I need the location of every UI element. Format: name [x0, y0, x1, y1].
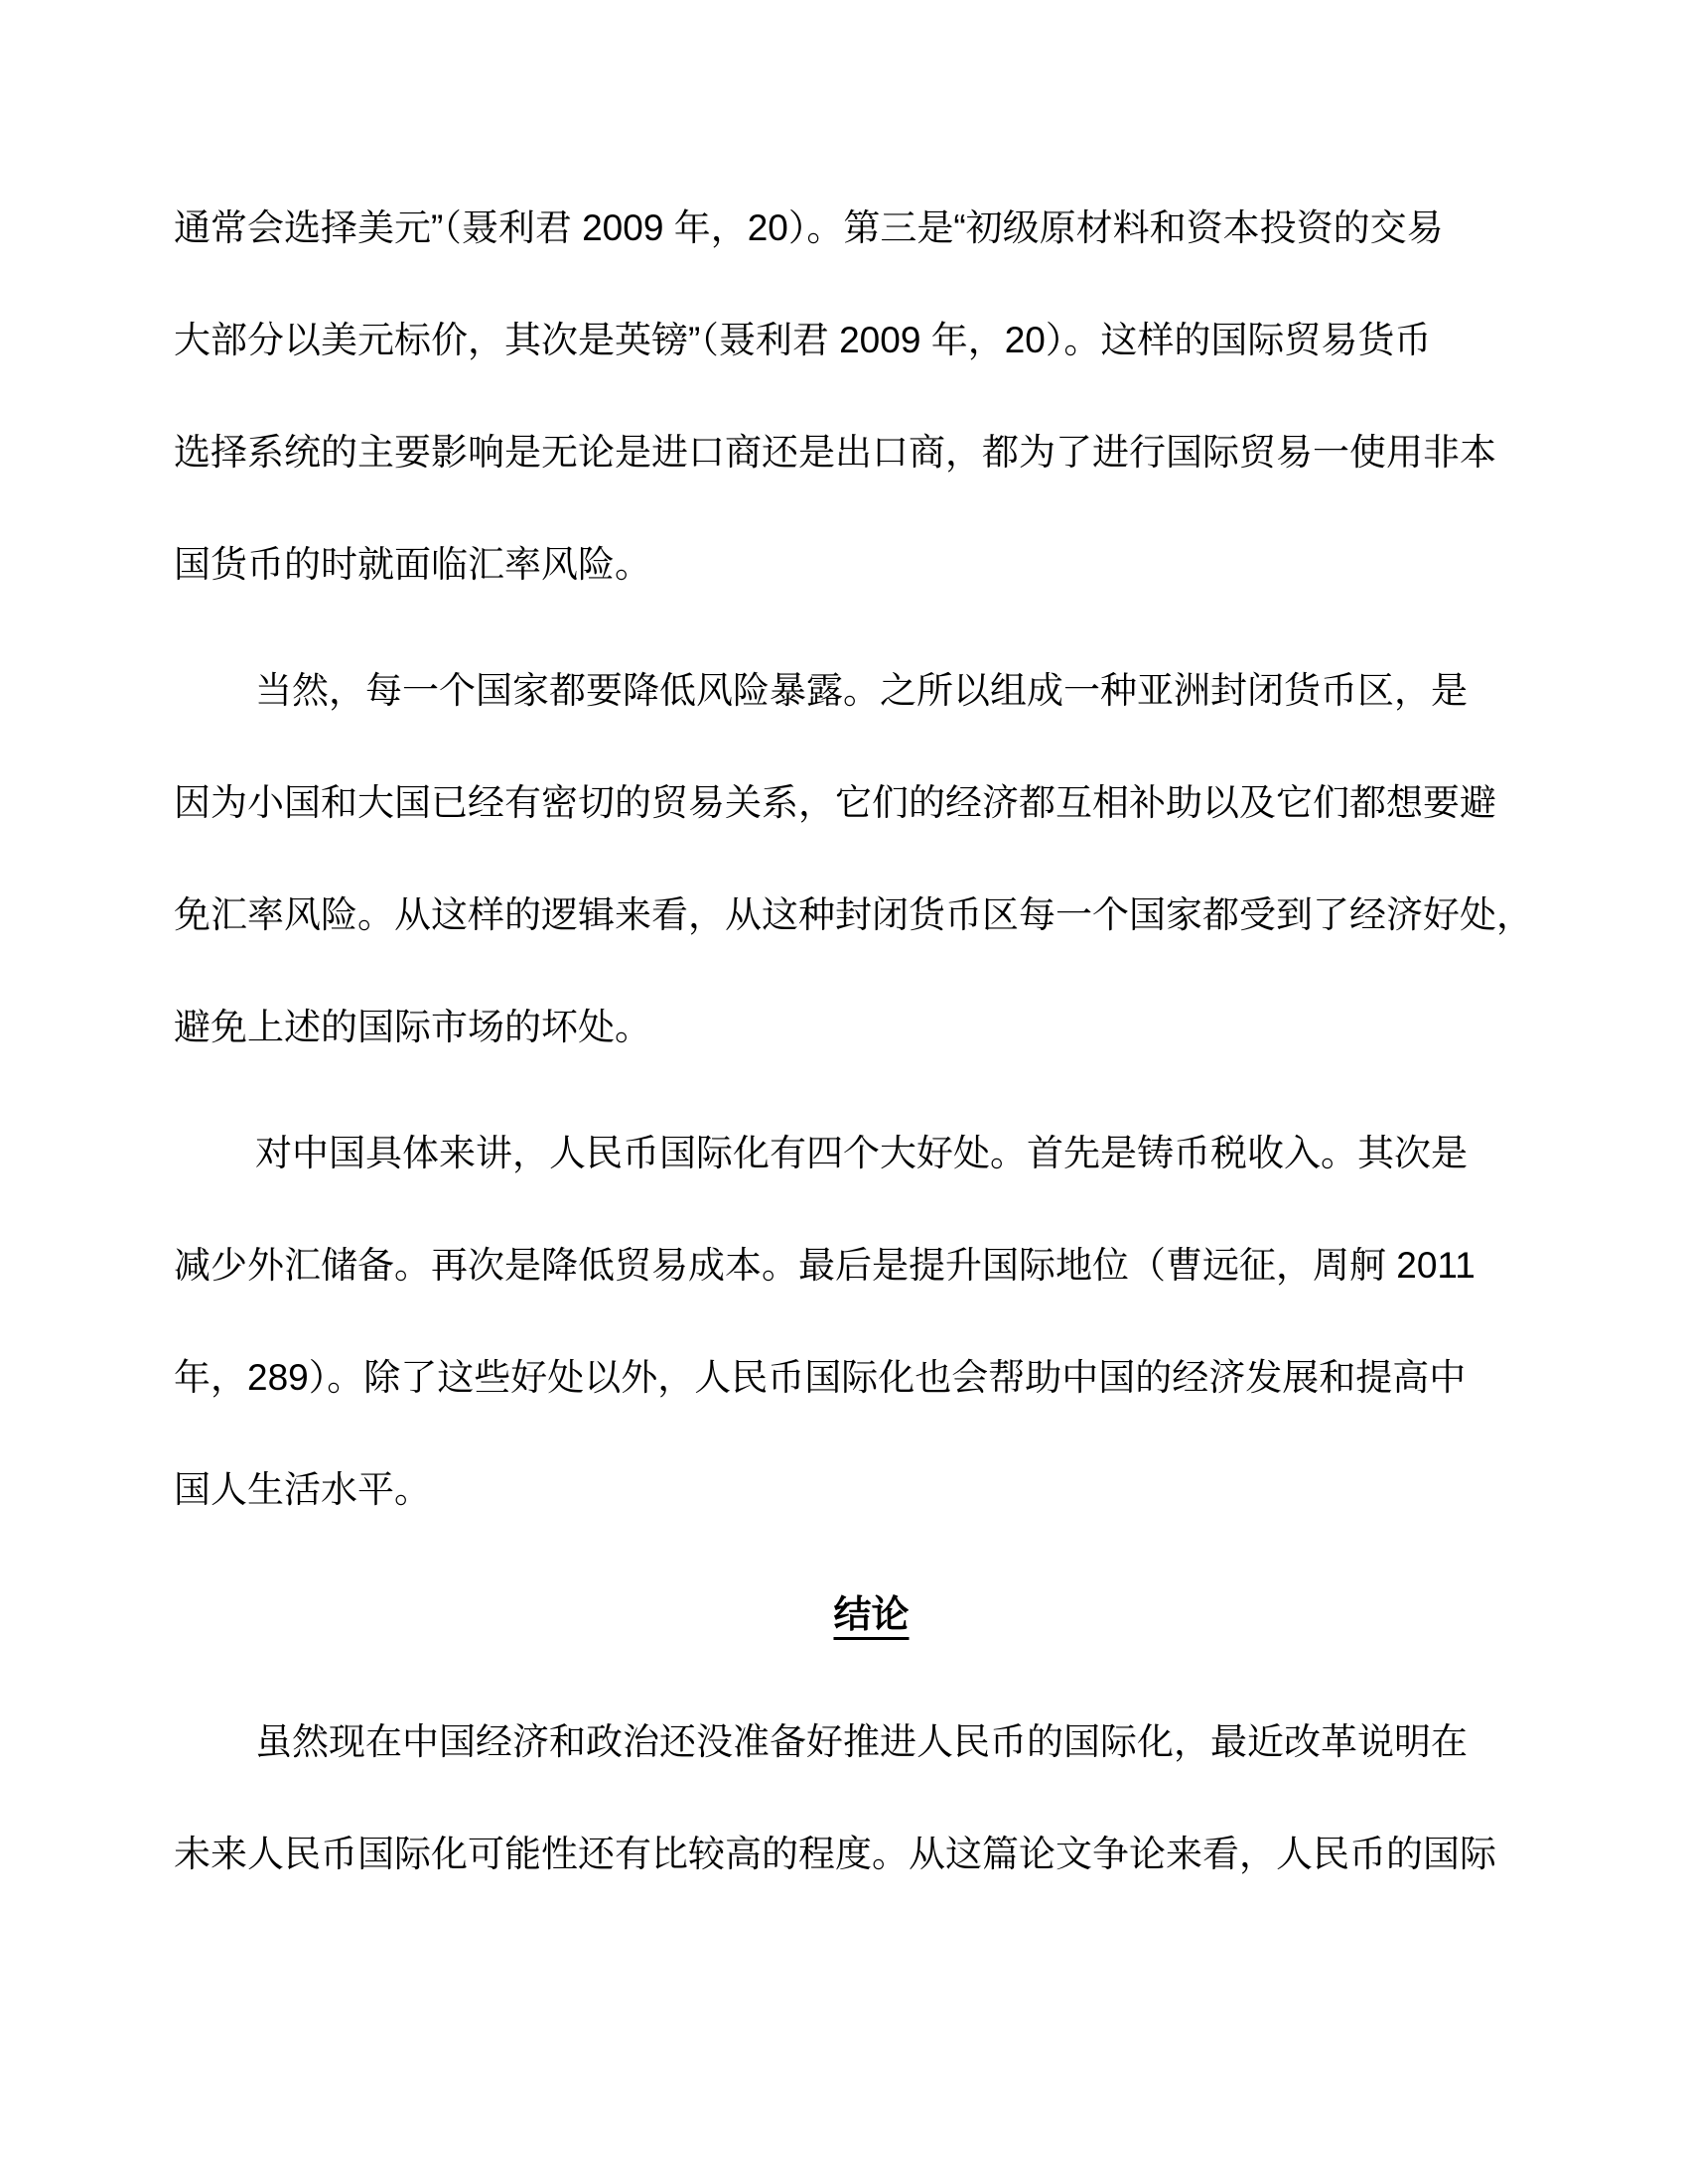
- text-line: 国人生活水平。: [174, 1433, 1569, 1546]
- text-line: 未来人民币国际化可能性还有比较高的程度。从这篇论文争论来看，人民币的国际: [174, 1798, 1569, 1910]
- section-heading-text: 结论: [833, 1560, 909, 1672]
- text-line: 通常会选择美元”（聂利君 2009 年，20）。第三是“初级原材料和资本投资的交…: [174, 172, 1569, 284]
- document-page: 通常会选择美元”（聂利君 2009 年，20）。第三是“初级原材料和资本投资的交…: [0, 0, 1688, 2184]
- section-heading: 结论: [174, 1560, 1569, 1672]
- body-paragraph: 通常会选择美元”（聂利君 2009 年，20）。第三是“初级原材料和资本投资的交…: [174, 172, 1569, 620]
- text-line: 减少外汇储备。再次是降低贸易成本。最后是提升国际地位（曹远征，周舸 2011: [174, 1209, 1569, 1321]
- body-paragraph: 对中国具体来讲，人民币国际化有四个大好处。首先是铸币税收入。其次是减少外汇储备。…: [174, 1097, 1569, 1546]
- text-line: 免汇率风险。从这样的逻辑来看，从这种封闭货币区每一个国家都受到了经济好处，: [174, 859, 1569, 971]
- text-line: 当然，每一个国家都要降低风险暴露。之所以组成一种亚洲封闭货币区，是: [174, 634, 1569, 747]
- text-line: 避免上述的国际市场的坏处。: [174, 971, 1569, 1083]
- document-body: 通常会选择美元”（聂利君 2009 年，20）。第三是“初级原材料和资本投资的交…: [0, 0, 1688, 1910]
- text-line: 国货币的时就面临汇率风险。: [174, 508, 1569, 620]
- text-line: 年，289）。除了这些好处以外，人民币国际化也会帮助中国的经济发展和提高中: [174, 1321, 1569, 1433]
- text-line: 对中国具体来讲，人民币国际化有四个大好处。首先是铸币税收入。其次是: [174, 1097, 1569, 1209]
- text-line: 因为小国和大国已经有密切的贸易关系，它们的经济都互相补助以及它们都想要避: [174, 747, 1569, 859]
- text-line: 选择系统的主要影响是无论是进口商还是出口商，都为了进行国际贸易一使用非本: [174, 396, 1569, 508]
- body-paragraph: 虽然现在中国经济和政治还没准备好推进人民币的国际化，最近改革说明在未来人民币国际…: [174, 1686, 1569, 1910]
- text-line: 虽然现在中国经济和政治还没准备好推进人民币的国际化，最近改革说明在: [174, 1686, 1569, 1798]
- text-line: 大部分以美元标价，其次是英镑”（聂利君 2009 年，20）。这样的国际贸易货币: [174, 284, 1569, 396]
- body-paragraph: 当然，每一个国家都要降低风险暴露。之所以组成一种亚洲封闭货币区，是因为小国和大国…: [174, 634, 1569, 1083]
